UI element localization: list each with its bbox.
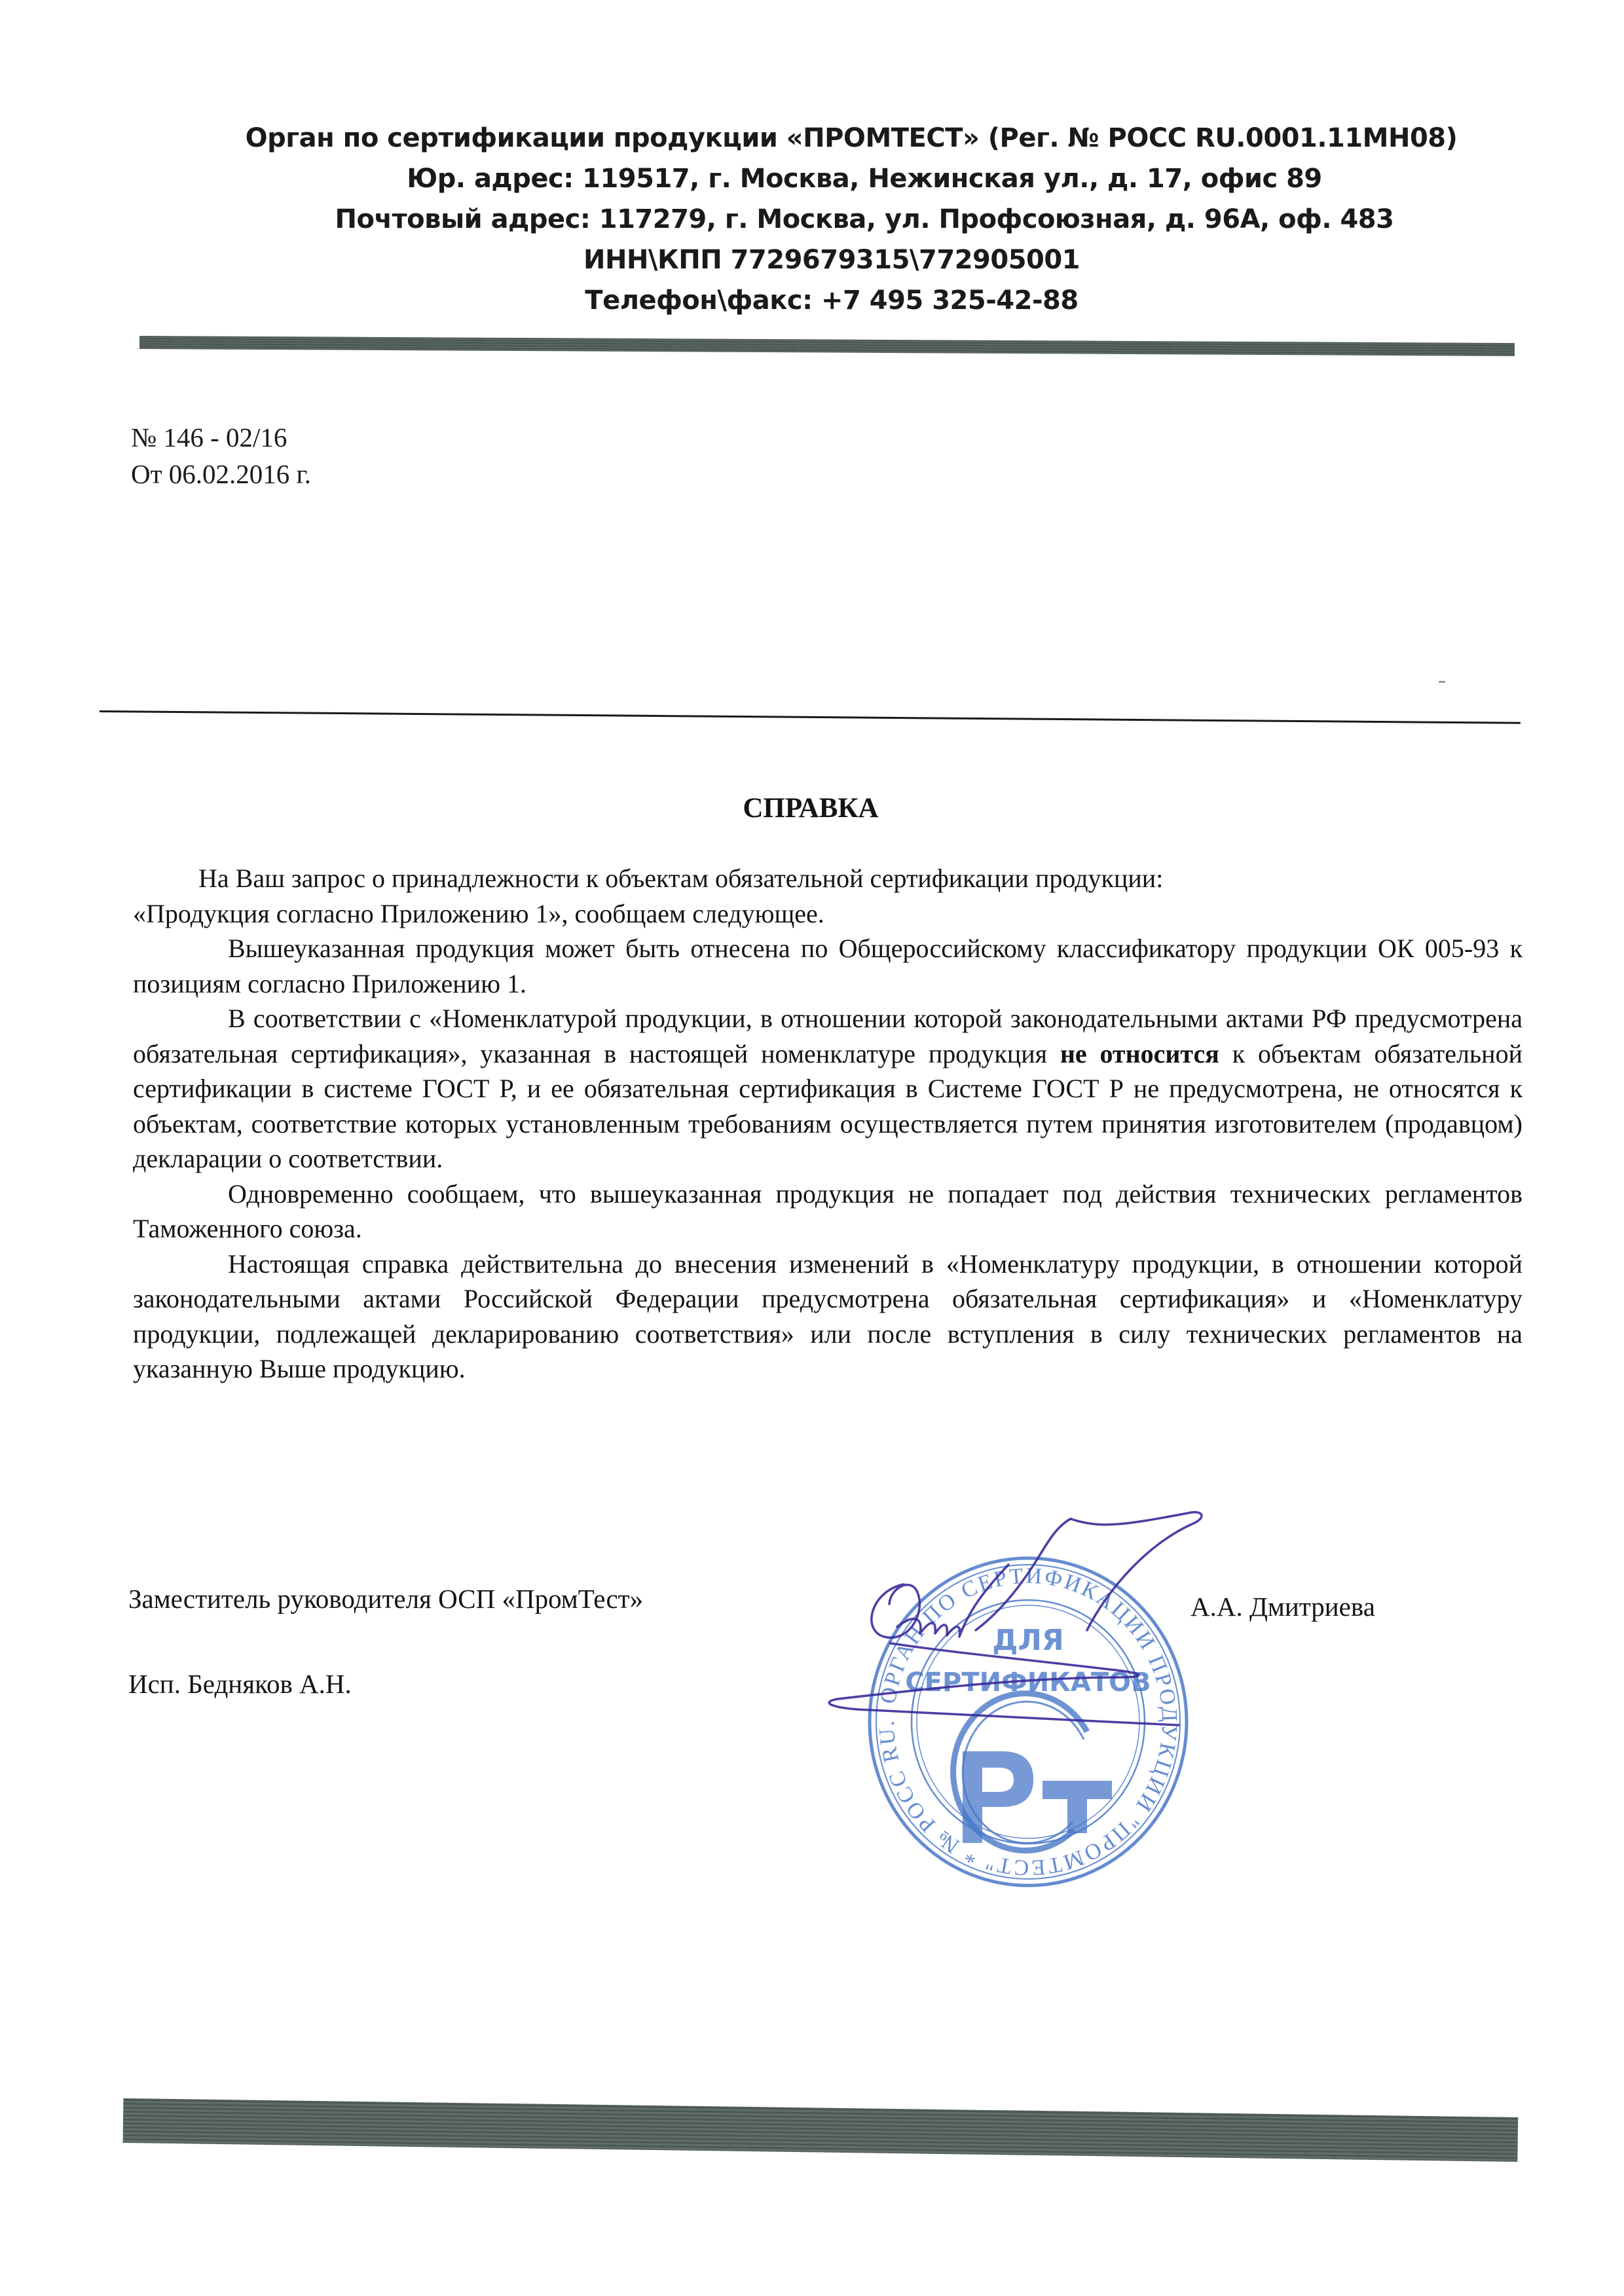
document-date: От 06.02.2016 г. <box>131 456 311 492</box>
handwritten-signature-icon <box>812 1506 1218 1728</box>
letterhead-legal-address: Юр. адрес: 119517, г. Москва, Нежинская … <box>170 158 1559 199</box>
paragraph-validity: Настоящая справка действительна до внесе… <box>133 1247 1522 1387</box>
paragraph-request-line-1: На Ваш запрос о принадлежности к объекта… <box>198 864 1163 893</box>
letterhead-phone-fax: Телефон\факс: +7 495 325-42-88 <box>138 280 1526 321</box>
document-number: № 146 - 02/16 <box>131 419 311 456</box>
emphasis-not-applicable: не относится <box>1060 1039 1219 1068</box>
scan-speck <box>1439 681 1445 683</box>
divider-line <box>100 710 1521 724</box>
document-title-text: СПРАВКА <box>743 792 878 824</box>
footer-bar <box>123 2098 1519 2162</box>
letterhead-org-name: Орган по сертификации продукции «ПРОМТЕС… <box>157 118 1545 158</box>
document-title: СПРАВКА <box>0 792 1624 824</box>
paragraph-request: На Ваш запрос о принадлежности к объекта… <box>133 861 1522 931</box>
document-reference: № 146 - 02/16 От 06.02.2016 г. <box>131 419 311 492</box>
paragraph-customs-union: Одновременно сообщаем, что вышеуказанная… <box>133 1176 1522 1247</box>
paragraph-request-line-2: «Продукция согласно Приложению 1», сообщ… <box>67 896 824 932</box>
document-body: На Ваш запрос о принадлежности к объекта… <box>133 861 1522 1387</box>
signatory-position: Заместитель руководителя ОСП «ПромТест» <box>128 1583 643 1614</box>
letterhead-inn-kpp: ИНН\КПП 7729679315\772905001 <box>138 240 1526 280</box>
document-page: Орган по сертификации продукции «ПРОМТЕС… <box>0 0 1624 2296</box>
executor-name: Исп. Бедняков А.Н. <box>128 1668 352 1700</box>
letterhead-postal-address: Почтовый адрес: 117279, г. Москва, ул. П… <box>170 199 1559 240</box>
letterhead: Орган по сертификации продукции «ПРОМТЕС… <box>131 118 1519 321</box>
paragraph-nomenclature: В соответствии с «Номенклатурой продукци… <box>133 1001 1522 1176</box>
paragraph-classification: Вышеуказанная продукция может быть отнес… <box>133 931 1522 1001</box>
signatory-name: А.А. Дмитриева <box>1190 1591 1375 1622</box>
letterhead-rule <box>139 336 1515 356</box>
